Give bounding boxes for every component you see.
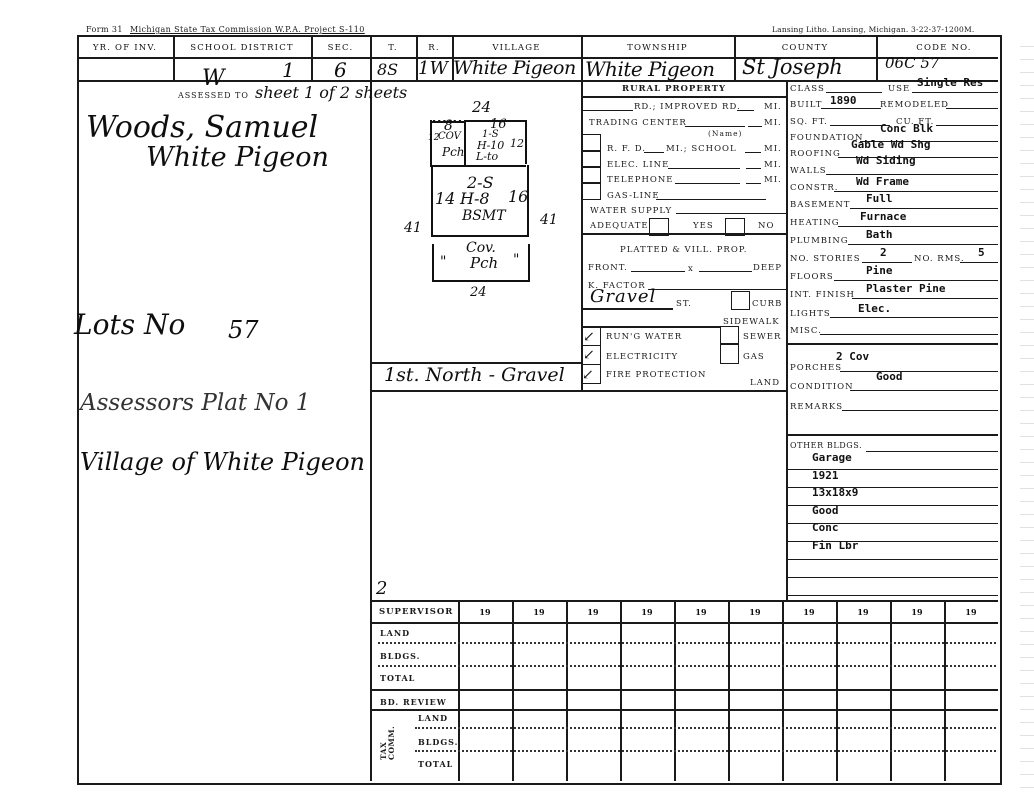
rural-name-hint: (Name) <box>708 129 742 138</box>
form-id: Form 31 <box>86 25 123 34</box>
rural-school: MI.; SCHOOL <box>666 144 737 154</box>
other-bldgs-entry[interactable]: Conc <box>812 521 839 534</box>
built-value[interactable]: 1890 <box>830 94 857 107</box>
floors-value[interactable]: Pine <box>866 264 893 277</box>
value-t[interactable]: 8S <box>377 60 398 79</box>
constr-value[interactable]: Wd Frame <box>856 175 909 188</box>
col-village: VILLAGE <box>452 43 581 53</box>
tax-land-dotted-rule <box>415 727 996 729</box>
basement-rule <box>850 208 998 209</box>
street-surface-value[interactable]: Gravel <box>590 286 656 307</box>
tax-comm-bldgs-label: BLDGS. <box>418 737 458 747</box>
other-bldgs-entry[interactable]: Good <box>812 504 839 517</box>
owner-place[interactable]: White Pigeon <box>146 142 329 173</box>
basement-value[interactable]: Full <box>866 192 893 205</box>
porches-label: PORCHES <box>790 363 842 373</box>
class-rule <box>826 92 882 93</box>
sketch-rear-depth: 12 <box>510 137 524 150</box>
sketch-rear-label-3: L-to <box>476 150 498 163</box>
village-description[interactable]: Village of White Pigeon <box>80 448 365 476</box>
walls-value[interactable]: Wd Siding <box>856 154 916 167</box>
porches-rule <box>840 371 998 372</box>
assessed-to-label: ASSESSED TO <box>178 91 249 100</box>
sketch-main-depth-left: 14 <box>435 189 455 208</box>
year-header-8: 19 <box>836 607 890 617</box>
year-column-rule <box>890 600 892 781</box>
st-label: ST. <box>676 299 692 309</box>
no-stories-label: NO. STORIES <box>790 254 861 264</box>
year-header-1: 19 <box>458 607 512 617</box>
curb-checkbox[interactable] <box>731 291 750 310</box>
curb-label: CURB <box>752 299 782 309</box>
supervisor-label: SUPERVISOR <box>379 607 453 617</box>
condition-value[interactable]: Good <box>876 370 903 383</box>
bd-review-top-rule <box>370 689 998 691</box>
sketch-rear-porch-mark-left: " <box>440 254 446 270</box>
condition-label: CONDITION <box>790 382 854 392</box>
year-header-10: 19 <box>944 607 998 617</box>
label-column-rule <box>458 600 460 781</box>
deep-label: DEEP <box>753 263 782 273</box>
rural-gas-line: GAS-LINE <box>607 191 660 201</box>
gas-label: GAS <box>743 352 765 362</box>
int-finish-rule <box>852 298 998 299</box>
fire-protection-check: ↙ <box>582 367 594 383</box>
year-header-6: 19 <box>728 607 782 617</box>
lights-rule <box>830 317 998 318</box>
foundation-value[interactable]: Conc Blk <box>880 122 933 135</box>
fire-protection-label: FIRE PROTECTION <box>606 370 706 380</box>
col-sec: SEC. <box>311 43 370 53</box>
rural-unit-0: MI. <box>764 102 782 112</box>
rural-telephone: TELEPHONE <box>607 175 673 185</box>
tax-bldgs-dotted-rule <box>415 750 996 752</box>
year-column-rule <box>512 600 514 781</box>
value-school-district[interactable]: 1 <box>282 58 295 82</box>
remodeled-rule <box>946 108 998 109</box>
sewer-label: SEWER <box>743 332 781 342</box>
year-column-rule <box>566 600 568 781</box>
year-column-rule <box>674 600 676 781</box>
year-column-rule <box>836 600 838 781</box>
other-bldgs-row-rule <box>786 595 998 596</box>
year-column-rule <box>944 600 946 781</box>
use-value[interactable]: Single Res <box>917 76 983 89</box>
sketch-left-depth: 41 <box>404 220 422 236</box>
remarks-label: REMARKS <box>790 402 843 412</box>
sketch-porch-label: COV <box>438 131 461 142</box>
supervisor-total-label: TOTAL <box>380 673 415 683</box>
gas-line-checkbox[interactable] <box>581 182 601 200</box>
plumbing-rule <box>848 244 998 245</box>
sketch-main-depth-right: 16 <box>508 187 528 206</box>
sq-ft-label: SQ. FT. <box>790 117 828 127</box>
other-bldgs-entry[interactable]: Garage <box>812 451 852 464</box>
year-header-4: 19 <box>620 607 674 617</box>
sketch-rear-porch-label-2: Pch <box>470 254 498 272</box>
no-rms-label: NO. RMS. <box>914 254 965 264</box>
built-label: BUILT <box>790 100 822 110</box>
rural-trading-center: TRADING CENTER <box>589 118 687 128</box>
heating-rule <box>838 226 998 227</box>
supervisor-land-label: LAND <box>380 628 410 638</box>
year-header-9: 19 <box>890 607 944 617</box>
int-finish-label: INT. FINISH <box>790 290 855 300</box>
basement-label: BASEMENT <box>790 200 850 210</box>
rural-unit-2: MI. <box>764 144 782 154</box>
page-mark: 2 <box>376 578 387 599</box>
year-column-rule <box>782 600 784 781</box>
constr-rule <box>834 191 998 192</box>
walls-label: WALLS <box>790 166 827 176</box>
year-header-7: 19 <box>782 607 836 617</box>
walls-rule <box>826 174 998 175</box>
land-dotted-rule <box>378 642 996 644</box>
floors-rule <box>834 280 998 281</box>
lights-label: LIGHTS <box>790 309 831 319</box>
supervisor-bldgs-label: BLDGS. <box>380 651 420 661</box>
plumbing-value[interactable]: Bath <box>866 228 893 241</box>
other-bldgs-entry[interactable]: 1921 <box>812 469 839 482</box>
bd-review-label: BD. REVIEW <box>380 697 447 707</box>
other-bldgs-entry[interactable]: Fin Lbr <box>812 539 858 552</box>
misc-label: MISC. <box>790 326 822 336</box>
int-finish-value[interactable]: Plaster Pine <box>866 282 945 295</box>
rural-unit-1: MI. <box>764 118 782 128</box>
adequate-no-label: NO <box>758 221 774 231</box>
rural-improved-road: RD.; IMPROVED RD. <box>634 102 741 112</box>
rural-rfd: R. F. D. <box>607 144 646 154</box>
other-bldgs-entry[interactable]: 13x18x9 <box>812 486 858 499</box>
col-code-no: CODE NO. <box>890 43 998 53</box>
sketch-bottom-width: 24 <box>470 285 487 300</box>
value-county[interactable]: St Joseph <box>742 55 843 79</box>
rural-unit-4: MI. <box>764 175 782 185</box>
roofing-value[interactable]: Gable Wd Shg <box>851 138 930 151</box>
value-township[interactable]: White Pigeon <box>585 57 714 81</box>
rural-property-title: RURAL PROPERTY <box>622 84 726 94</box>
sketch-main-label-2: H-8 <box>460 189 490 208</box>
col-township: TOWNSHIP <box>581 43 734 53</box>
use-rule <box>912 92 998 93</box>
bldgs-dotted-rule <box>378 665 996 667</box>
rural-unit-3: MI. <box>764 160 782 170</box>
rural-elec-line: ELEC. LINE <box>607 160 669 170</box>
class-label: CLASS <box>790 84 825 94</box>
remodeled-label: REMODELED <box>880 100 949 110</box>
sketch-porch-label-2: Pch <box>442 145 465 159</box>
land-label: LAND <box>750 378 780 388</box>
street-note[interactable]: 1st. North - Gravel <box>384 364 565 386</box>
value-code-no[interactable]: 06C 57 <box>885 54 939 72</box>
no-rms-value[interactable]: 5 <box>978 246 985 259</box>
value-village[interactable]: White Pigeon <box>453 57 576 79</box>
remarks-rule <box>842 410 998 411</box>
sketch-top-width: 24 <box>472 98 491 116</box>
sketch-right-depth: 41 <box>540 212 558 228</box>
electricity-label: ELECTRICITY <box>606 352 678 362</box>
tax-comm-land-label: LAND <box>418 713 448 723</box>
year-header-3: 19 <box>566 607 620 617</box>
value-r[interactable]: 1W <box>418 58 448 79</box>
sketch-main-label-3: BSMT <box>462 208 506 224</box>
col-county: COUNTY <box>734 43 876 53</box>
adequate-yes-label: YES <box>693 221 714 231</box>
porches-value[interactable]: 2 Cov <box>836 350 869 363</box>
condition-rule <box>850 390 998 391</box>
lot-number[interactable]: 57 <box>228 316 259 344</box>
no-stories-rule <box>862 262 912 263</box>
built-rule <box>821 108 881 109</box>
year-column-rule <box>620 600 622 781</box>
other-bldgs-row-rule <box>786 559 998 560</box>
value-sec[interactable]: 6 <box>334 58 347 82</box>
year-header-2: 19 <box>512 607 566 617</box>
platted-title: PLATTED & VILL. PROP. <box>620 245 748 255</box>
running-water-label: RUN'G WATER <box>606 332 682 342</box>
constr-label: CONSTR. <box>790 183 839 193</box>
other-bldgs-rule <box>866 451 998 452</box>
year-header-5: 19 <box>674 607 728 617</box>
front-label: FRONT. <box>588 263 628 273</box>
heating-label: HEATING <box>790 218 840 228</box>
no-stories-value[interactable]: 2 <box>880 246 887 259</box>
misc-rule <box>820 334 998 335</box>
remarks-separator <box>786 434 998 436</box>
col-school-district: SCHOOL DISTRICT <box>173 43 311 53</box>
year-header-rule <box>370 622 998 624</box>
tax-comm-top-rule <box>370 709 998 711</box>
col-yr-of-inv: YR. OF INV. <box>77 43 173 53</box>
misc-separator <box>786 343 998 345</box>
adequate-label: ADEQUATE <box>590 221 649 231</box>
tax-comm-total-label: TOTAL <box>418 759 453 769</box>
district-letter: W <box>202 66 225 91</box>
other-bldgs-row-rule <box>786 577 998 578</box>
col-t: T. <box>370 43 416 53</box>
sketch-rear-porch-mark-right: " <box>513 252 519 268</box>
no-rms-rule <box>960 262 998 263</box>
front-x: x <box>688 264 694 274</box>
gas-checkbox[interactable] <box>720 343 739 364</box>
lots-label: Lots No <box>74 308 185 341</box>
scan-edge-artifact <box>1020 40 1034 800</box>
water-supply-label: WATER SUPPLY <box>590 206 672 216</box>
owner-name[interactable]: Woods, Samuel <box>86 110 318 145</box>
use-label: USE <box>888 84 910 94</box>
form-agency: Michigan State Tax Commission W.P.A. Pro… <box>130 25 365 34</box>
lights-value[interactable]: Elec. <box>858 302 891 315</box>
running-water-check: ↙ <box>583 329 595 345</box>
roofing-label: ROOFING <box>790 149 841 159</box>
floors-label: FLOORS <box>790 272 834 282</box>
other-bldgs-label: OTHER BLDGS. <box>790 441 862 450</box>
tax-comm-label: TAX COMM. <box>380 726 396 760</box>
plat-description[interactable]: Assessors Plat No 1 <box>80 390 310 416</box>
cu-ft-rule <box>936 125 998 126</box>
assessed-sheet-note: sheet 1 of 2 sheets <box>255 83 407 102</box>
year-column-rule <box>728 600 730 781</box>
plumbing-label: PLUMBING <box>790 236 849 246</box>
printer-imprint: Lansing Litho. Lansing, Michigan. 3-22-3… <box>772 25 974 34</box>
col-r: R. <box>416 43 452 53</box>
electricity-check: ↙ <box>583 347 595 363</box>
heating-value[interactable]: Furnace <box>860 210 906 223</box>
